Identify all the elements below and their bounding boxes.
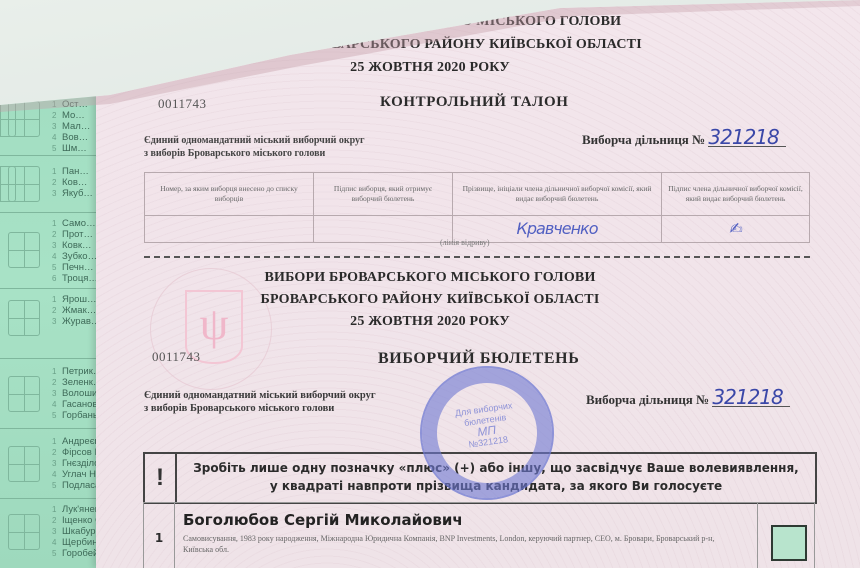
stub-header-voter-signature: Підпис виборця, який отримує виборчий бю… xyxy=(314,173,453,216)
ballot-precinct-number: 321218 xyxy=(712,388,790,407)
stub-precinct: Виборча дільниця № 321218 xyxy=(582,128,786,148)
ballot-title: ВИБОРЧИЙ БЮЛЕТЕНЬ xyxy=(378,350,579,368)
candidate-row: 1 Боголюбов Сергій Миколайович Самовисув… xyxy=(143,502,815,568)
ballot-precinct: Виборча дільниця № 321218 xyxy=(586,388,790,408)
green-ballot-group: 1Лук'янен… 2Іщенко О… 3Шкабурін… 4Щербин… xyxy=(0,500,100,568)
ballot-header-line-2: БРОВАРСЬКОГО РАЙОНУ КИЇВСЬКОЇ ОБЛАСТІ xyxy=(0,292,860,308)
green-names: 1Андреєв… 2Фірсов І.… 3Гнєзділо… 4Углач … xyxy=(52,436,100,491)
warning-icon: ! xyxy=(145,454,177,502)
ballot-date: 25 ЖОВТНЯ 2020 РОКУ xyxy=(0,314,860,330)
green-names: 1Пан… 2Ков… 3Якуб… xyxy=(52,166,93,199)
green-checkbox xyxy=(8,514,40,550)
stub-header-member-name: Прізвище, ініціали члена дільничної вибо… xyxy=(453,173,662,216)
green-checkbox xyxy=(8,376,40,412)
green-ballot-group: 1Петрик… 2Зеленк… 3Волоши… 4Гасанов… 5Го… xyxy=(0,362,100,429)
stub-header-member-signature: Підпис члена дільничної виборчої комісії… xyxy=(662,173,810,216)
green-checkbox xyxy=(8,166,40,202)
candidate-name: Боголюбов Сергій Миколайович xyxy=(183,511,757,529)
stub-cell-voter-number xyxy=(145,216,314,243)
stub-cell-member-signature: ✍ xyxy=(662,216,810,243)
tear-line[interactable] xyxy=(144,256,810,258)
stub-precinct-number: 321218 xyxy=(708,128,786,147)
green-ballot-group: 1Пан… 2Ков… 3Якуб… xyxy=(0,158,100,213)
ballot-serial-number: 0011743 xyxy=(152,349,201,365)
green-names: 1Лук'янен… 2Іщенко О… 3Шкабурін… 4Щербин… xyxy=(52,504,100,559)
green-checkbox xyxy=(8,446,40,482)
candidate-description: Самовисування, 1983 року народження, Між… xyxy=(183,533,743,555)
stub-cell-voter-signature xyxy=(314,216,453,243)
green-checkbox xyxy=(8,232,40,268)
stub-serial-number: 0011743 xyxy=(158,96,207,112)
candidate-vote-checkbox[interactable] xyxy=(771,525,807,561)
ballot-district: Єдиний одномандатний міський виборчий ок… xyxy=(144,389,376,415)
green-names: 1Петрик… 2Зеленк… 3Волоши… 4Гасанов… 5Го… xyxy=(52,366,100,421)
green-ballot-group: 1Андреєв… 2Фірсов І.… 3Гнєзділо… 4Углач … xyxy=(0,432,100,499)
stub-header-voter-number: Номер, за яким виборця внесено до списку… xyxy=(145,173,314,216)
stub-district: Єдиний одномандатний міський виборчий ок… xyxy=(144,134,365,160)
stub-table: Номер, за яким виборця внесено до списку… xyxy=(144,172,810,243)
tear-line-label: (лінія відриву) xyxy=(440,238,490,247)
ballot-header-line-1: ВИБОРИ БРОВАРСЬКОГО МІСЬКОГО ГОЛОВИ xyxy=(0,270,860,286)
candidate-number: 1 xyxy=(144,503,175,568)
stub-title: КОНТРОЛЬНИЙ ТАЛОН xyxy=(380,94,569,111)
